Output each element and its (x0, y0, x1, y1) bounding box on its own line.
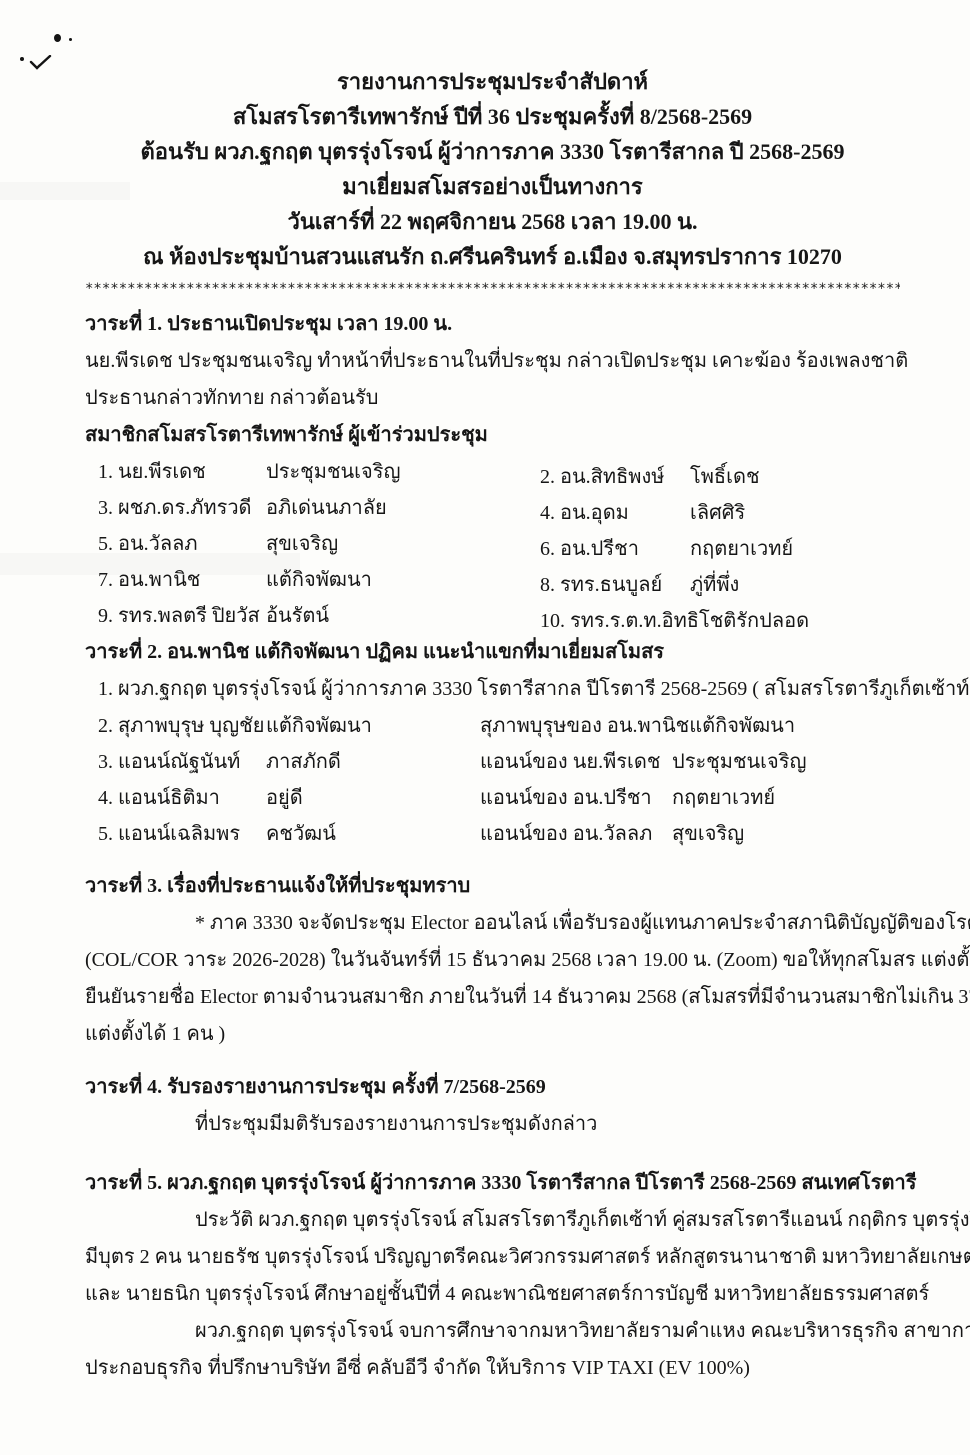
member-surname: อภิเด่นนภาลัย (266, 490, 387, 526)
guest-surname: ภาสภักดี (266, 744, 341, 780)
agenda3-line: (COL/COR วาระ 2026-2028) ในวันจันทร์ที่ … (85, 942, 900, 979)
members-heading: สมาชิกสโมสรโรตารีเทพารักษ์ ผู้เข้าร่วมปร… (85, 417, 900, 454)
guest-relation-name: แอนน์ของ อน.ปรีชา (480, 780, 672, 816)
agenda2-title: วาระที่ 2. อน.พานิช แต้กิจพัฒนา ปฏิคม แน… (85, 634, 900, 671)
member-entry: 1. นย.พีรเดชประชุมชนเจริญ (98, 454, 540, 490)
header-line: ต้อนรับ ผวภ.ฐกฤต บุตรรุ่งโรจน์ ผู้ว่าการ… (85, 134, 900, 169)
guest-name: 5. แอนน์เฉลิมพร (98, 816, 266, 852)
member-name: 9. รทร.พลตรี ปิยวัส (98, 598, 266, 634)
member-entry: 6. อน.ปรีชากฤตยาเวทย์ (540, 531, 900, 567)
member-surname: แต้กิจพัฒนา (266, 562, 372, 598)
member-name: 7. อน.พานิช (98, 562, 266, 598)
member-entry: 8. รทร.ธนบูลย์ภู่ที่พึ่ง (540, 567, 900, 603)
member-entry: 2. อน.สิทธิพงษ์โพธิ์เดช (540, 459, 900, 495)
guest-entry-full: 1. ผวภ.ฐกฤต บุตรรุ่งโรจน์ ผู้ว่าการภาค 3… (98, 671, 900, 708)
agenda5-title: วาระที่ 5. ผวภ.ฐกฤต บุตรรุ่งโรจน์ ผู้ว่า… (85, 1165, 900, 1202)
member-name: 10. รทร.ร.ต.ท.อิทธิโชติ (540, 603, 736, 639)
guest-relation-surname: สุขเจริญ (672, 816, 744, 852)
guests-list: 2. สุภาพบุรุษ บุญชัยแต้กิจพัฒนา สุภาพบุร… (85, 708, 900, 852)
asterisk-divider: ****************************************… (85, 278, 900, 300)
guest-row: 4. แอนน์ธิติมาอยู่ดี แอนน์ของ อน.ปรีชากฤ… (98, 780, 900, 816)
guest-relation-name: แอนน์ของ นย.พีรเดช (480, 744, 672, 780)
member-name: 6. อน.ปรีชา (540, 531, 690, 567)
member-name: 4. อน.อุดม (540, 495, 690, 531)
guest-relation-surname: กฤตยาเวทย์ (672, 780, 775, 816)
header-line: มาเยี่ยมสโมสรอย่างเป็นทางการ (85, 169, 900, 204)
agenda1-body-line: นย.พีรเดช ประชุมชนเจริญ ทำหน้าที่ประธานใ… (85, 343, 900, 380)
member-entry: 4. อน.อุดมเลิศศิริ (540, 495, 900, 531)
member-name: 1. นย.พีรเดช (98, 454, 266, 490)
agenda3-line: แต่งตั้งได้ 1 คน ) (85, 1016, 900, 1053)
agenda5-line: ประกอบธุรกิจ ที่ปรึกษาบริษัท อีซี่ คลับอ… (85, 1350, 900, 1387)
guest-relation: แอนน์ของ นย.พีรเดชประชุมชนเจริญ (480, 744, 807, 780)
ink-dot (54, 34, 61, 42)
member-entry: 7. อน.พานิชแต้กิจพัฒนา (98, 562, 540, 598)
guest-relation-name: สุภาพบุรุษของ อน.พานิช (480, 708, 689, 744)
guest-entry: 4. แอนน์ธิติมาอยู่ดี (98, 780, 480, 816)
agenda5-line: มีบุตร 2 คน นายธรัช บุตรรุ่งโรจน์ ปริญญา… (85, 1239, 900, 1276)
agenda4-body: ที่ประชุมมีมติรับรองรายงานการประชุมดังกล… (195, 1106, 900, 1143)
member-surname: อ้นรัตน์ (266, 598, 329, 634)
member-entry: 9. รทร.พลตรี ปิยวัสอ้นรัตน์ (98, 598, 540, 634)
guest-entry: 2. สุภาพบุรุษ บุญชัยแต้กิจพัฒนา (98, 708, 480, 744)
member-surname: ภู่ที่พึ่ง (690, 567, 739, 603)
member-surname: โพธิ์เดช (690, 459, 760, 495)
agenda5-line: ผวภ.ฐกฤต บุตรรุ่งโรจน์ จบการศึกษาจากมหาว… (195, 1313, 900, 1350)
document-content: รายงานการประชุมประจำสัปดาห์ สโมสรโรตารีเ… (0, 0, 970, 1387)
guest-row: 5. แอนน์เฉลิมพรคชวัฒน์ แอนน์ของ อน.วัลลภ… (98, 816, 900, 852)
guest-name: 4. แอนน์ธิติมา (98, 780, 266, 816)
member-entry: 5. อน.วัลลภสุขเจริญ (98, 526, 540, 562)
document-page: รายงานการประชุมประจำสัปดาห์ สโมสรโรตารีเ… (0, 0, 970, 1455)
agenda1-title: วาระที่ 1. ประธานเปิดประชุม เวลา 19.00 น… (85, 306, 900, 343)
members-list: 1. นย.พีรเดชประชุมชนเจริญ 2. อน.สิทธิพงษ… (98, 454, 900, 634)
ink-dot (69, 38, 72, 41)
guest-surname: คชวัฒน์ (266, 816, 336, 852)
member-surname: ประชุมชนเจริญ (266, 454, 401, 490)
member-name: 2. อน.สิทธิพงษ์ (540, 459, 690, 495)
member-entry: 10. รทร.ร.ต.ท.อิทธิโชติรักปลอด (540, 603, 900, 639)
header-line: สโมสรโรตารีเทพารักษ์ ปีที่ 36 ประชุมครั้… (85, 99, 900, 134)
guest-relation-surname: ประชุมชนเจริญ (672, 744, 807, 780)
member-surname: เลิศศิริ (690, 495, 745, 531)
agenda3-line: ยืนยันรายชื่อ Elector ตามจำนวนสมาชิก ภาย… (85, 979, 900, 1016)
agenda3-line: * ภาค 3330 จะจัดประชุม Elector ออนไลน์ เ… (195, 905, 900, 942)
member-surname: รักปลอด (736, 603, 809, 639)
member-surname: กฤตยาเวทย์ (690, 531, 793, 567)
agenda1-body-line: ประธานกล่าวทักทาย กล่าวต้อนรับ (85, 380, 900, 417)
header-line: วันเสาร์ที่ 22 พฤศจิกายน 2568 เวลา 19.00… (85, 204, 900, 239)
guest-entry: 5. แอนน์เฉลิมพรคชวัฒน์ (98, 816, 480, 852)
member-name: 5. อน.วัลลภ (98, 526, 266, 562)
member-name: 3. ผชภ.ดร.ภัทรวดี (98, 490, 266, 526)
agenda4-title: วาระที่ 4. รับรองรายงานการประชุม ครั้งที… (85, 1069, 900, 1106)
guest-relation-name: แอนน์ของ อน.วัลลภ (480, 816, 672, 852)
guest-relation-surname: แต้กิจพัฒนา (689, 708, 795, 744)
guest-surname: แต้กิจพัฒนา (266, 708, 372, 744)
agenda3-title: วาระที่ 3. เรื่องที่ประธานแจ้งให้ที่ประช… (85, 868, 900, 905)
agenda5-line: ประวัติ ผวภ.ฐกฤต บุตรรุ่งโรจน์ สโมสรโรตา… (195, 1202, 900, 1239)
guest-relation: แอนน์ของ อน.วัลลภสุขเจริญ (480, 816, 744, 852)
guest-surname: อยู่ดี (266, 780, 303, 816)
guest-entry: 3. แอนน์ณัฐนันท์ภาสภักดี (98, 744, 480, 780)
member-surname: สุขเจริญ (266, 526, 338, 562)
guest-relation: สุภาพบุรุษของ อน.พานิชแต้กิจพัฒนา (480, 708, 795, 744)
ink-checkmark (28, 55, 54, 73)
guest-name: 3. แอนน์ณัฐนันท์ (98, 744, 266, 780)
header-line: รายงานการประชุมประจำสัปดาห์ (85, 64, 900, 99)
guest-row: 3. แอนน์ณัฐนันท์ภาสภักดี แอนน์ของ นย.พีร… (98, 744, 900, 780)
member-entry: 3. ผชภ.ดร.ภัทรวดีอภิเด่นนภาลัย (98, 490, 540, 526)
document-header: รายงานการประชุมประจำสัปดาห์ สโมสรโรตารีเ… (85, 64, 900, 274)
header-line: ณ ห้องประชุมบ้านสวนแสนรัก ถ.ศรีนครินทร์ … (85, 239, 900, 274)
member-name: 8. รทร.ธนบูลย์ (540, 567, 690, 603)
guest-name: 2. สุภาพบุรุษ บุญชัย (98, 708, 266, 744)
guest-row: 2. สุภาพบุรุษ บุญชัยแต้กิจพัฒนา สุภาพบุร… (98, 708, 900, 744)
ink-dot (20, 57, 24, 61)
agenda5-line: และ นายธนิก บุตรรุ่งโรจน์ ศึกษาอยู่ชั้นป… (85, 1276, 900, 1313)
guest-relation: แอนน์ของ อน.ปรีชากฤตยาเวทย์ (480, 780, 775, 816)
